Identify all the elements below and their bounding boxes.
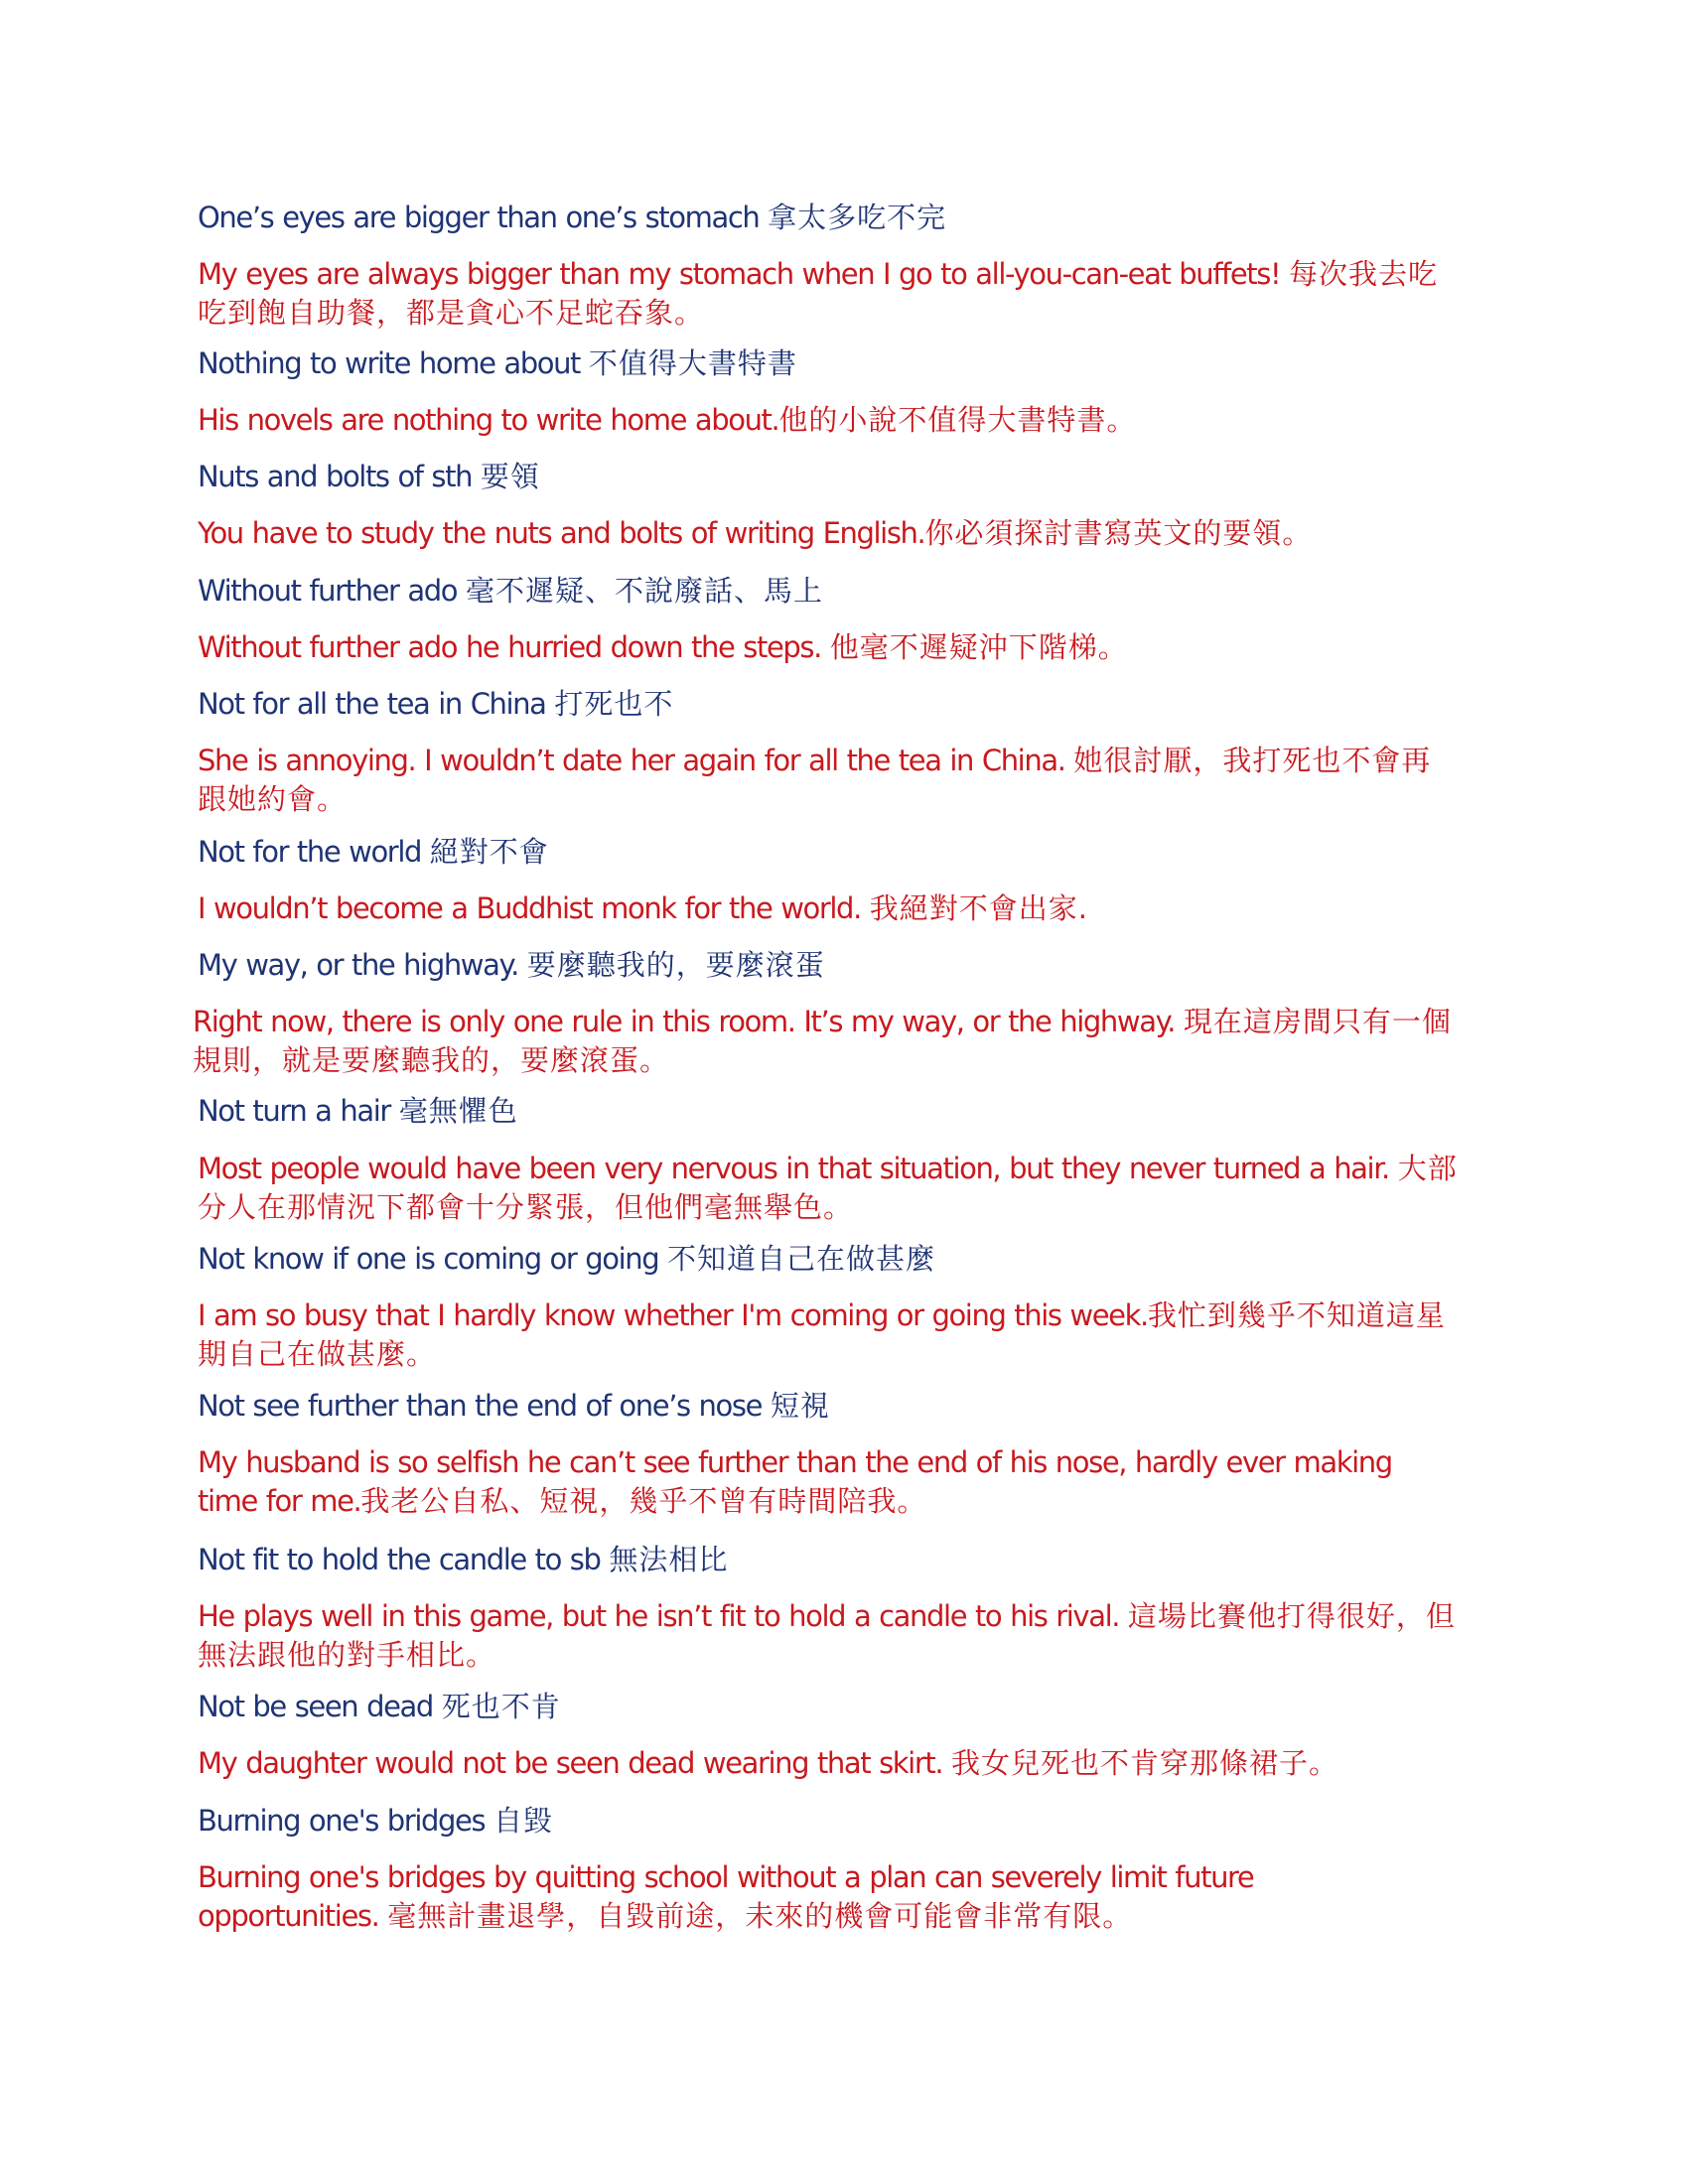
idiom-english: My way, or the highway.: [198, 948, 527, 982]
example-sentence: His novels are nothing to write home abo…: [198, 401, 1459, 440]
idiom-english: Not fit to hold the candle to sb: [198, 1543, 609, 1576]
example-sentence: Most people would have been very nervous…: [198, 1150, 1459, 1227]
example-english: He plays well in this game, but he isn’t…: [198, 1599, 1128, 1633]
example-english: Right now, there is only one rule in thi…: [193, 1005, 1184, 1038]
example-chinese: 他毫不遲疑沖下階梯。: [830, 630, 1128, 664]
example-sentence: I wouldn’t become a Buddhist monk for th…: [198, 889, 1459, 928]
idiom-chinese: 毫無懼色: [399, 1094, 518, 1128]
example-sentence: Burning one's bridges by quitting school…: [198, 1858, 1330, 1936]
example-sentence: You have to study the nuts and bolts of …: [198, 514, 1459, 553]
idiom-heading: Nothing to write home about 不值得大書特書: [198, 344, 1459, 383]
example-english: Without further ado he hurried down the …: [198, 630, 830, 664]
idiom-heading: Without further ado 毫不遲疑、不說廢話、馬上: [198, 572, 1459, 611]
example-chinese: 我絕對不會出家.: [870, 891, 1088, 925]
idiom-chinese: 毫不遲疑、不說廢話、馬上: [466, 574, 823, 608]
example-sentence: Right now, there is only one rule in thi…: [193, 1003, 1474, 1080]
idiom-heading: Not for all the tea in China 打死也不: [198, 685, 1459, 724]
idiom-heading: Not for the world 絕對不會: [198, 833, 1459, 872]
idiom-heading: Not fit to hold the candle to sb 無法相比: [198, 1541, 1459, 1579]
example-chinese: 你必須探討書寫英文的要領。: [924, 516, 1312, 550]
idiom-english: Nothing to write home about: [198, 346, 589, 380]
example-sentence: She is annoying. I wouldn’t date her aga…: [198, 742, 1459, 819]
idiom-chinese: 無法相比: [609, 1543, 728, 1576]
idiom-chinese: 拿太多吃不完: [768, 201, 946, 234]
example-english: I wouldn’t become a Buddhist monk for th…: [198, 891, 870, 925]
idiom-english: Not be seen dead: [198, 1690, 442, 1723]
idiom-english: Not turn a hair: [198, 1094, 399, 1128]
idiom-english: Burning one's bridges: [198, 1804, 493, 1838]
idiom-chinese: 要麼聽我的，要麼滾蛋: [527, 948, 825, 982]
example-english: Most people would have been very nervous…: [198, 1152, 1398, 1185]
example-sentence: My husband is so selfish he can’t see fu…: [198, 1443, 1459, 1521]
example-english: My eyes are always bigger than my stomac…: [198, 257, 1289, 291]
example-chinese: 我老公自私、短視，幾乎不曾有時間陪我。: [360, 1484, 926, 1518]
example-english: You have to study the nuts and bolts of …: [198, 516, 924, 550]
document-page: One’s eyes are bigger than one’s stomach…: [0, 0, 1688, 2184]
idiom-chinese: 要領: [481, 460, 540, 493]
idiom-english: Not see further than the end of one’s no…: [198, 1389, 771, 1423]
example-sentence: Without further ado he hurried down the …: [198, 628, 1459, 667]
example-english: My daughter would not be seen dead weari…: [198, 1746, 951, 1780]
example-sentence: My daughter would not be seen dead weari…: [198, 1744, 1459, 1783]
example-sentence: My eyes are always bigger than my stomac…: [198, 255, 1459, 333]
idiom-chinese: 自毀: [493, 1804, 553, 1838]
example-english: His novels are nothing to write home abo…: [198, 403, 778, 437]
idiom-english: Nuts and bolts of sth: [198, 460, 481, 493]
idiom-chinese: 絕對不會: [430, 835, 549, 869]
example-sentence: He plays well in this game, but he isn’t…: [198, 1597, 1459, 1675]
idiom-heading: Not turn a hair 毫無懼色: [198, 1092, 1459, 1131]
idiom-chinese: 不知道自己在做甚麼: [667, 1242, 935, 1276]
example-chinese: 我女兒死也不肯穿那條裙子。: [951, 1746, 1338, 1780]
idiom-chinese: 不值得大書特書: [589, 346, 797, 380]
example-english: I am so busy that I hardly know whether …: [198, 1298, 1148, 1332]
example-chinese: 毫無計畫退學，自毀前途，未來的機會可能會非常有限。: [387, 1899, 1132, 1933]
idiom-heading: Burning one's bridges 自毀: [198, 1802, 1459, 1841]
idiom-chinese: 短視: [771, 1389, 830, 1423]
example-sentence: I am so busy that I hardly know whether …: [198, 1297, 1459, 1374]
idiom-heading: One’s eyes are bigger than one’s stomach…: [198, 199, 1459, 237]
idiom-english: Not know if one is coming or going: [198, 1242, 667, 1276]
idiom-chinese: 打死也不: [554, 687, 673, 721]
idiom-english: Without further ado: [198, 574, 466, 608]
example-english: She is annoying. I wouldn’t date her aga…: [198, 744, 1073, 777]
idiom-english: One’s eyes are bigger than one’s stomach: [198, 201, 768, 234]
idiom-english: Not for all the tea in China: [198, 687, 554, 721]
idiom-english: Not for the world: [198, 835, 430, 869]
example-chinese: 他的小說不值得大書特書。: [778, 403, 1136, 437]
idiom-heading: My way, or the highway. 要麼聽我的，要麼滾蛋: [198, 946, 1459, 985]
idiom-heading: Not see further than the end of one’s no…: [198, 1387, 1459, 1426]
idiom-chinese: 死也不肯: [442, 1690, 561, 1723]
idiom-heading: Not know if one is coming or going 不知道自己…: [198, 1240, 1459, 1279]
idiom-heading: Not be seen dead 死也不肯: [198, 1688, 1459, 1726]
idiom-heading: Nuts and bolts of sth 要領: [198, 458, 1459, 496]
